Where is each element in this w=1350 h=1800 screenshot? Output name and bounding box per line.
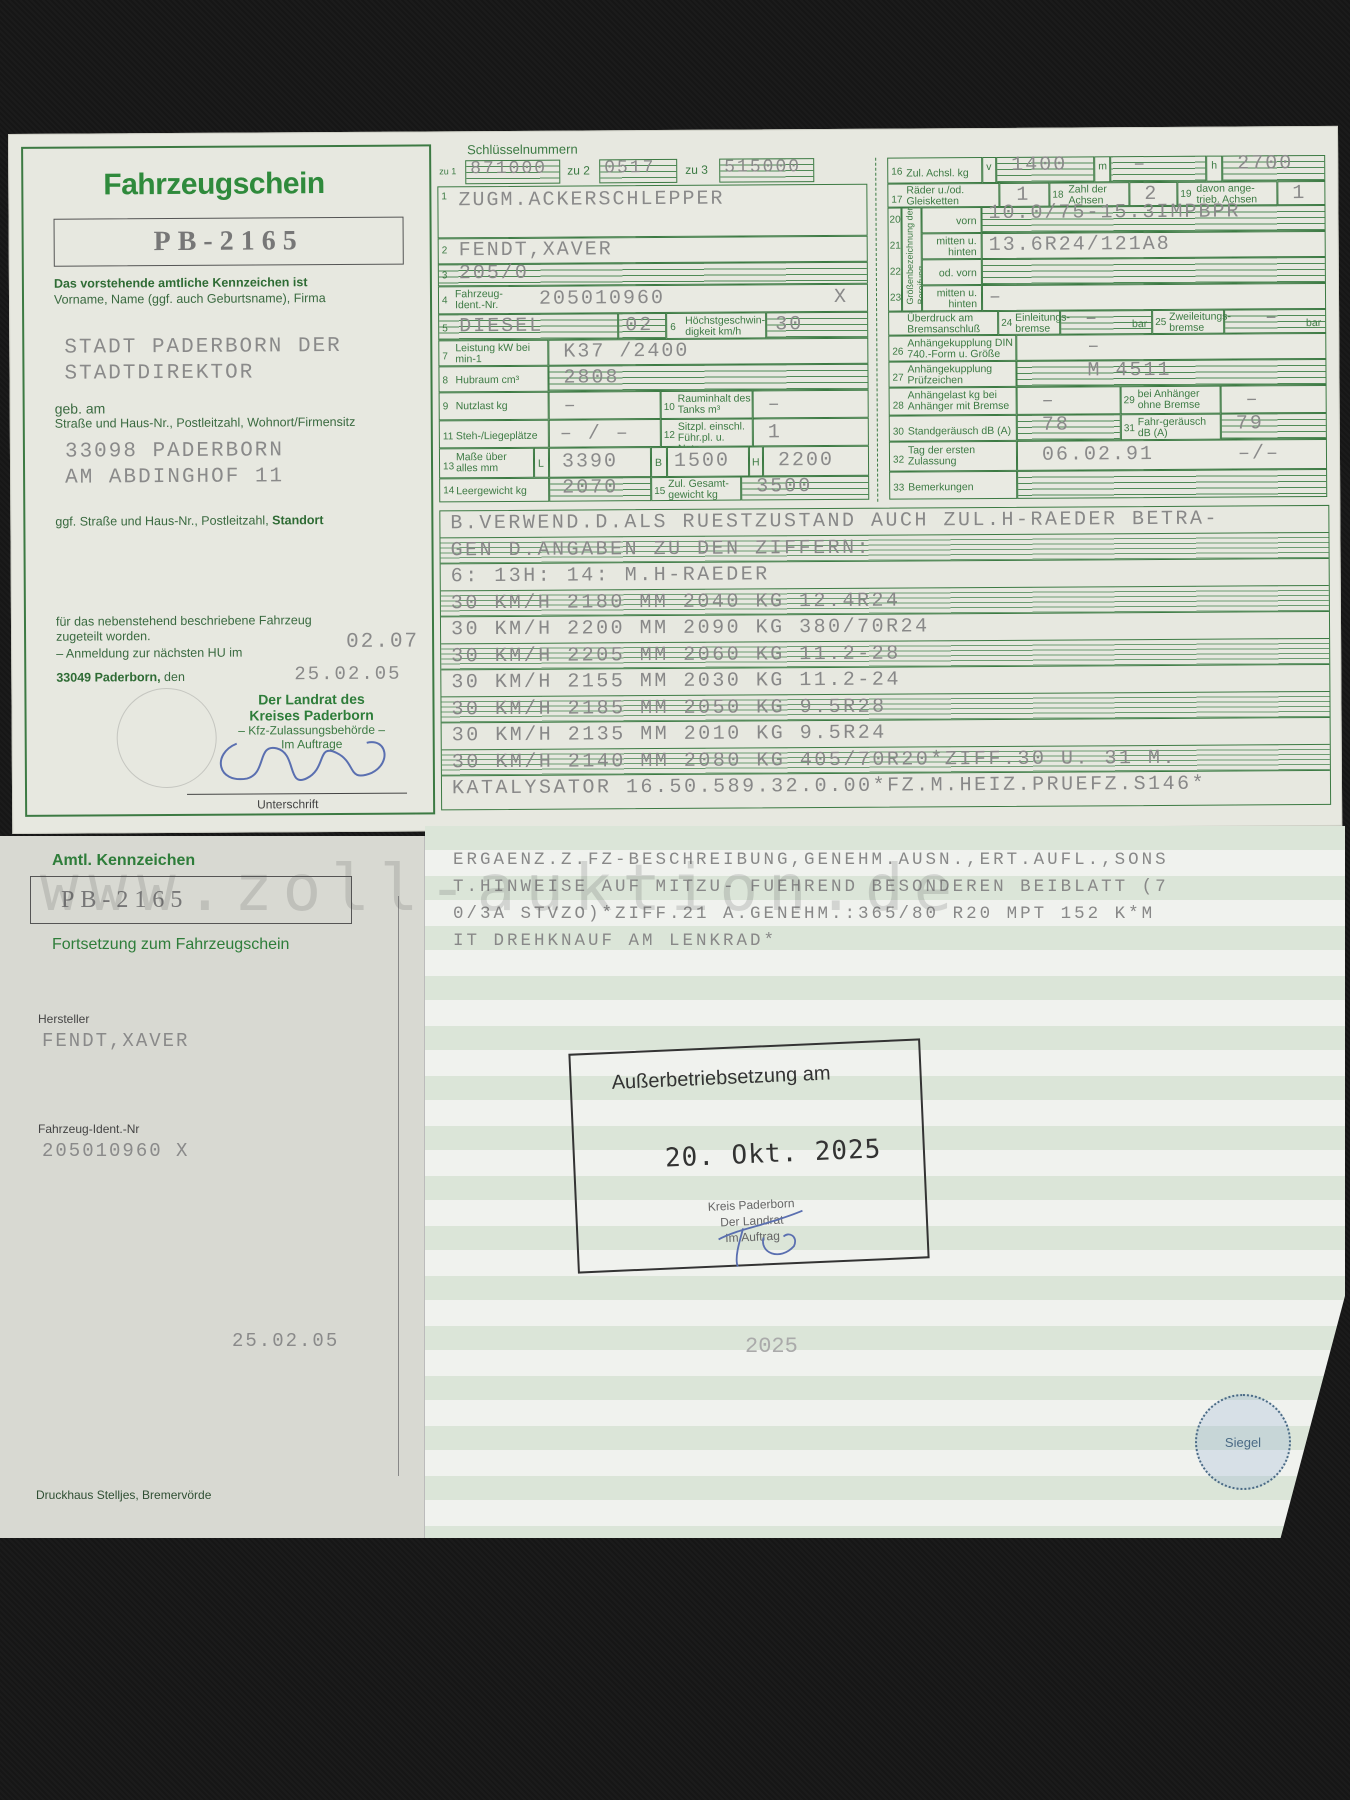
supplement-line: 0/3A STVZO)*ZIFF.21 A.GENEHM.:365/80 R20… <box>453 904 1169 931</box>
place-date: 33049 Paderborn, den <box>56 670 185 685</box>
key-number-2: 0517 <box>599 159 677 183</box>
field-13-dimensions-label: 13 Maße über alles mm <box>439 448 534 479</box>
field-31-label: 31 Fahr-geräusch dB (A) <box>1121 414 1221 441</box>
plate-label: Amtl. Kennzeichen <box>52 852 195 870</box>
supplement-line: IT DREHKNAUF AM LENKRAD* <box>453 931 1169 958</box>
field-30-stationary-noise: 78 <box>1017 414 1121 441</box>
panel-divider <box>398 896 399 1476</box>
field-8-displacement: 2808 <box>548 364 868 392</box>
field-27-label: 27 Anhängekupplung Prüfzeichen <box>888 361 1016 388</box>
field-10-tank: – <box>753 390 869 419</box>
continuation-title: Fortsetzung zum Fahrzeugschein <box>52 936 289 954</box>
field-4-vin: 4 Fahrzeug-Ident.-Nr. 205010960 X <box>438 284 868 315</box>
manufacturer-value: FENDT,XAVER <box>42 1030 189 1052</box>
field-7-power-label: 7 Leistung kW bei min-1 <box>438 340 548 367</box>
supplement-line: ERGAENZ.Z.FZ-BESCHREIBUNG,GENEHM.AUSN.,E… <box>453 850 1169 877</box>
faint-year: 2025 <box>745 1334 798 1359</box>
address-line1: 33098 PADERBORN <box>65 439 284 463</box>
address-line2: AM ABDINGHOF 11 <box>65 465 284 489</box>
field-16-rear-axle: 2700 <box>1222 155 1325 182</box>
field-9-payload-label: 9 Nutzlast kg <box>439 392 549 421</box>
signature-line <box>187 793 407 795</box>
field-15-gross-weight-label: 15 Zul. Gesamt-gewicht kg <box>651 477 741 502</box>
faded-seal <box>116 688 217 789</box>
key-number-1: 871000 <box>465 160 560 185</box>
hu-date: 02.07 <box>346 630 419 653</box>
field-27-coupling-mark: M 4511 <box>1016 359 1326 387</box>
document-title: Fahrzeugschein <box>103 167 325 202</box>
printer-imprint: Druckhaus Stelljes, Bremervörde <box>36 1488 211 1502</box>
license-plate-continuation: PB-2165 <box>30 876 352 924</box>
key-numbers-label: Schlüsselnummern <box>467 144 578 156</box>
holder-heading: Das vorstehende amtliche Kennzeichen ist <box>54 275 308 291</box>
field-14-empty-weight: 2070 <box>549 477 651 502</box>
name-label: Vorname, Name (ggf. auch Geburtsname), F… <box>54 291 326 307</box>
field-32-label: 32 Tag der ersten Zulassung <box>889 441 1017 472</box>
supplement-text: ERGAENZ.Z.FZ-BESCHREIBUNG,GENEHM.AUSN.,E… <box>453 850 1169 958</box>
field-3-type: 3 205/0 <box>438 262 868 287</box>
siegel-seal-icon: Siegel <box>1195 1394 1291 1490</box>
field-1-vehicle-type: 1 ZUGM.ACKERSCHLEPPER <box>437 184 867 239</box>
assigned-line1: für das nebenstehend beschriebene Fahrze… <box>56 613 312 629</box>
assigned-line2: zugeteilt worden. <box>56 629 151 644</box>
stamp-date: 20. Okt. 2025 <box>664 1134 882 1173</box>
deregistration-stamp: Außerbetriebsetzung am 20. Okt. 2025 Kre… <box>568 1038 929 1273</box>
field-33-remarks <box>1017 469 1327 499</box>
field-12-seats-label: 12 Sitzpl. einschl. Führ.pl. u. Nots. <box>661 418 753 447</box>
issue-date: 25.02.05 <box>294 663 401 686</box>
field-16-front-axle: 1400 <box>996 156 1094 183</box>
field-33-label: 33 Bemerkungen <box>889 471 1017 500</box>
license-plate: PB-2165 <box>54 217 404 267</box>
field-28-braked-trailer: – <box>1017 386 1121 415</box>
field-13-width: 1500 <box>667 446 749 477</box>
supplement-line: T.HINWEISE AUF MITZU- FUEHREND BESONDERE… <box>453 877 1169 904</box>
field-21-rear-tyres: 13.6R24/121A8 <box>982 231 1326 259</box>
field-13-length: 3390 <box>549 447 651 478</box>
signature-label: Unterschrift <box>257 797 318 811</box>
field-24-single-line-brake: – bar <box>1060 310 1152 335</box>
standort-label: ggf. Straße und Haus-Nr., Postleitzahl, … <box>55 513 323 529</box>
field-29-unbraked-trailer: – <box>1221 385 1327 414</box>
holder-panel: Fahrzeugschein PB-2165 Das vorstehende a… <box>21 144 435 816</box>
field-9-payload: – <box>549 391 661 420</box>
field-28-label: 28 Anhängelast kg bei Anhänger mit Brems… <box>889 387 1017 416</box>
stamp-title: Außerbetriebsetzung am <box>611 1062 831 1095</box>
tyre-group-label: Größenbezeichnung der Bereifung <box>901 207 922 311</box>
field-8-displacement-label: 8 Hubraum cm³ <box>438 366 548 393</box>
field-2-manufacturer: 2 FENDT,XAVER <box>438 236 868 265</box>
remark-line: KATALYSATOR 16.50.589.32.0.00*FZ.M.HEIZ.… <box>442 771 1330 803</box>
field-31-driving-noise: 79 <box>1221 413 1327 440</box>
remarks-block: B.VERWEND.D.ALS RUESTZUSTAND AUCH ZUL.H-… <box>439 505 1331 810</box>
field-6-max-speed: 30 <box>766 312 868 339</box>
holder-name-line1: STADT PADERBORN DER <box>64 335 342 360</box>
field-13-height: 2200 <box>763 446 869 477</box>
field-12-seats: 1 <box>753 418 869 447</box>
field-14-empty-weight-label: 14 Leergewicht kg <box>439 478 549 503</box>
continuation-sheet-right: ERGAENZ.Z.FZ-BESCHREIBUNG,GENEHM.AUSN.,E… <box>425 826 1345 1538</box>
field-10-tank-label: 10 Rauminhalt des Tanks m³ <box>661 390 753 419</box>
field-22-alt-front-tyres <box>982 257 1326 285</box>
field-20-front-tyres: 10.0/75-15.3IMPBPR <box>981 205 1325 233</box>
birth-label: geb. am <box>55 400 106 416</box>
field-11-standing-label: 11 Steh-/Liegeplätze <box>439 420 549 449</box>
column-divider <box>875 158 878 502</box>
field-25-label: 25 Zweileitungs-bremse <box>1152 310 1224 334</box>
field-16-middle-axle: – <box>1110 156 1206 183</box>
field-29-label: 29 bei Anhänger ohne Bremse <box>1121 386 1221 415</box>
field-26-coupling: – <box>1016 333 1326 361</box>
field-26-label: 26 Anhängekupplung DIN 740.-Form u. Größ… <box>888 335 1016 362</box>
field-25-dual-line-brake: – bar <box>1224 309 1326 334</box>
hu-label: – Anmeldung zur nächsten HU im <box>56 646 242 661</box>
field-16-axle-load-label: 16 Zul. Achsl. kg <box>887 157 982 184</box>
manufacturer-label: Hersteller <box>38 1012 89 1026</box>
key-number-3: 515000 <box>719 158 814 183</box>
field-30-label: 30 Standgeräusch dB (A) <box>889 415 1017 442</box>
authority-block: Der Landrat des Kreises Paderborn – Kfz-… <box>206 691 416 752</box>
field-24-label: 24 Einleitungs-bremse <box>998 311 1060 335</box>
field-7-power: K37 /2400 <box>548 338 868 366</box>
continuation-sheet-left: Amtl. Kennzeichen PB-2165 Fortsetzung zu… <box>0 836 425 1538</box>
field-5-fuel-code: 02 <box>618 313 666 339</box>
field-19-driven-axles: 1 <box>1277 181 1325 205</box>
field-11-standing: – / – <box>549 419 661 448</box>
vin-value: 205010960 X <box>42 1140 189 1162</box>
siegel-label: Siegel <box>1225 1435 1261 1450</box>
field-15-gross-weight: 3500 <box>741 476 869 501</box>
brake-pressure-label: Überdruck am Bremsanschluß <box>888 311 998 336</box>
field-5-fuel: 5 DIESEL <box>438 313 618 340</box>
holder-name-line2: STADTDIREKTOR <box>64 362 254 386</box>
field-6-max-speed-label: 6 Höchstgeschwin-digkeit km/h <box>666 312 766 339</box>
continuation-date: 25.02.05 <box>232 1330 339 1352</box>
address-label: Straße und Haus-Nr., Postleitzahl, Wohno… <box>55 415 356 431</box>
field-32-first-registration: 06.02.91 –/– <box>1017 439 1327 471</box>
fahrzeugschein-sheet: Fahrzeugschein PB-2165 Das vorstehende a… <box>8 126 1342 834</box>
vin-label: Fahrzeug-Ident.-Nr <box>38 1122 139 1136</box>
